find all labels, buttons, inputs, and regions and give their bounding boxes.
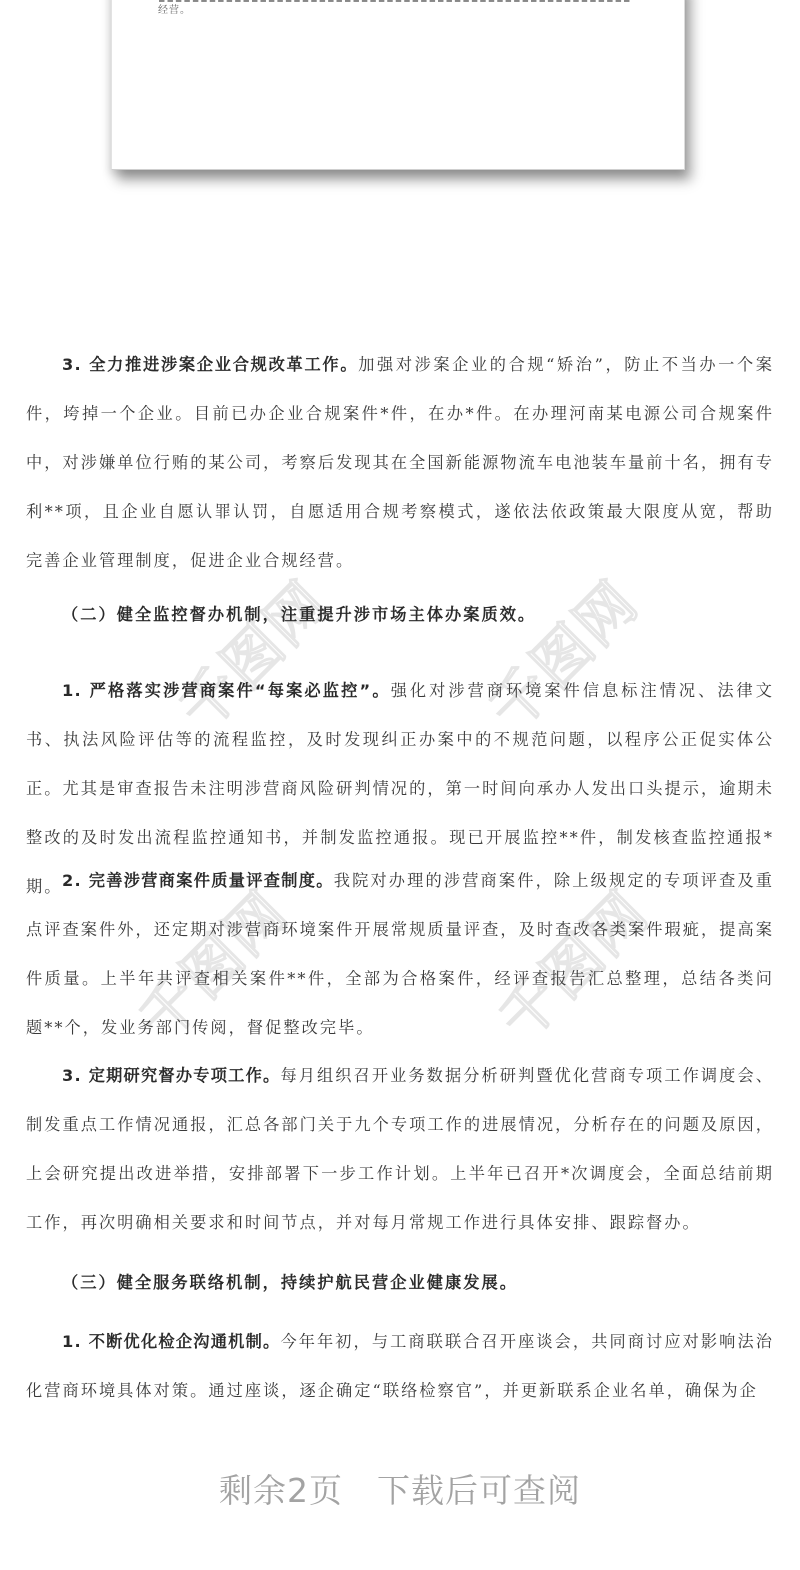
paragraph-lead: 1. 严格落实涉营商案件“每案必监控”。	[62, 681, 391, 700]
paragraph-communication: 1. 不断优化检企沟通机制。今年年初，与工商联联合召开座谈会，共同商讨应对影响法…	[26, 1317, 774, 1415]
card-tail-text: 经营。	[158, 1, 191, 16]
paragraph-compliance-reform: 3. 全力推进涉案企业合规改革工作。加强对涉案企业的合规“矫治”，防止不当办一个…	[26, 340, 774, 585]
paragraph-lead: 2. 完善涉营商案件质量评查制度。	[62, 871, 334, 890]
download-notice[interactable]: 剩余2页下载后可查阅	[0, 1465, 800, 1512]
paragraph-lead: 3. 定期研究督办专项工作。	[62, 1066, 280, 1085]
paragraph-body: 我院对办理的涉营商案件，除上级规定的专项评查及重点评查案件外，还定期对涉营商环境…	[26, 871, 774, 1037]
paragraph-lead: 3. 全力推进涉案企业合规改革工作。	[62, 355, 358, 374]
section-heading-2: （二）健全监控督办机制，注重提升涉市场主体办案质效。	[26, 590, 774, 639]
paragraph-lead: 1. 不断优化检企沟通机制。	[62, 1332, 280, 1351]
truncated-text-line: ▪▪▪▪▪▪▪▪▪▪▪▪▪▪▪▪▪▪▪▪▪▪▪▪▪▪▪▪▪▪▪▪▪▪▪▪▪▪▪▪…	[158, 0, 632, 2]
paragraph-body: 每月组织召开业务数据分析研判暨优化营商专项工作调度会、制发重点工作情况通报，汇总…	[26, 1066, 774, 1232]
page-preview-card: ▪▪▪▪▪▪▪▪▪▪▪▪▪▪▪▪▪▪▪▪▪▪▪▪▪▪▪▪▪▪▪▪▪▪▪▪▪▪▪▪…	[111, 0, 685, 170]
paragraph-special-work: 3. 定期研究督办专项工作。每月组织召开业务数据分析研判暨优化营商专项工作调度会…	[26, 1051, 774, 1247]
section-heading-3: （三）健全服务联络机制，持续护航民营企业健康发展。	[26, 1258, 774, 1307]
remaining-pages-text: 剩余2页	[219, 1471, 343, 1510]
paragraph-quality-review: 2. 完善涉营商案件质量评查制度。我院对办理的涉营商案件，除上级规定的专项评查及…	[26, 856, 774, 1052]
paragraph-body: 加强对涉案企业的合规“矫治”，防止不当办一个案件，垮掉一个企业。目前已办企业合规…	[26, 355, 774, 570]
download-to-view-text[interactable]: 下载后可查阅	[377, 1471, 581, 1510]
